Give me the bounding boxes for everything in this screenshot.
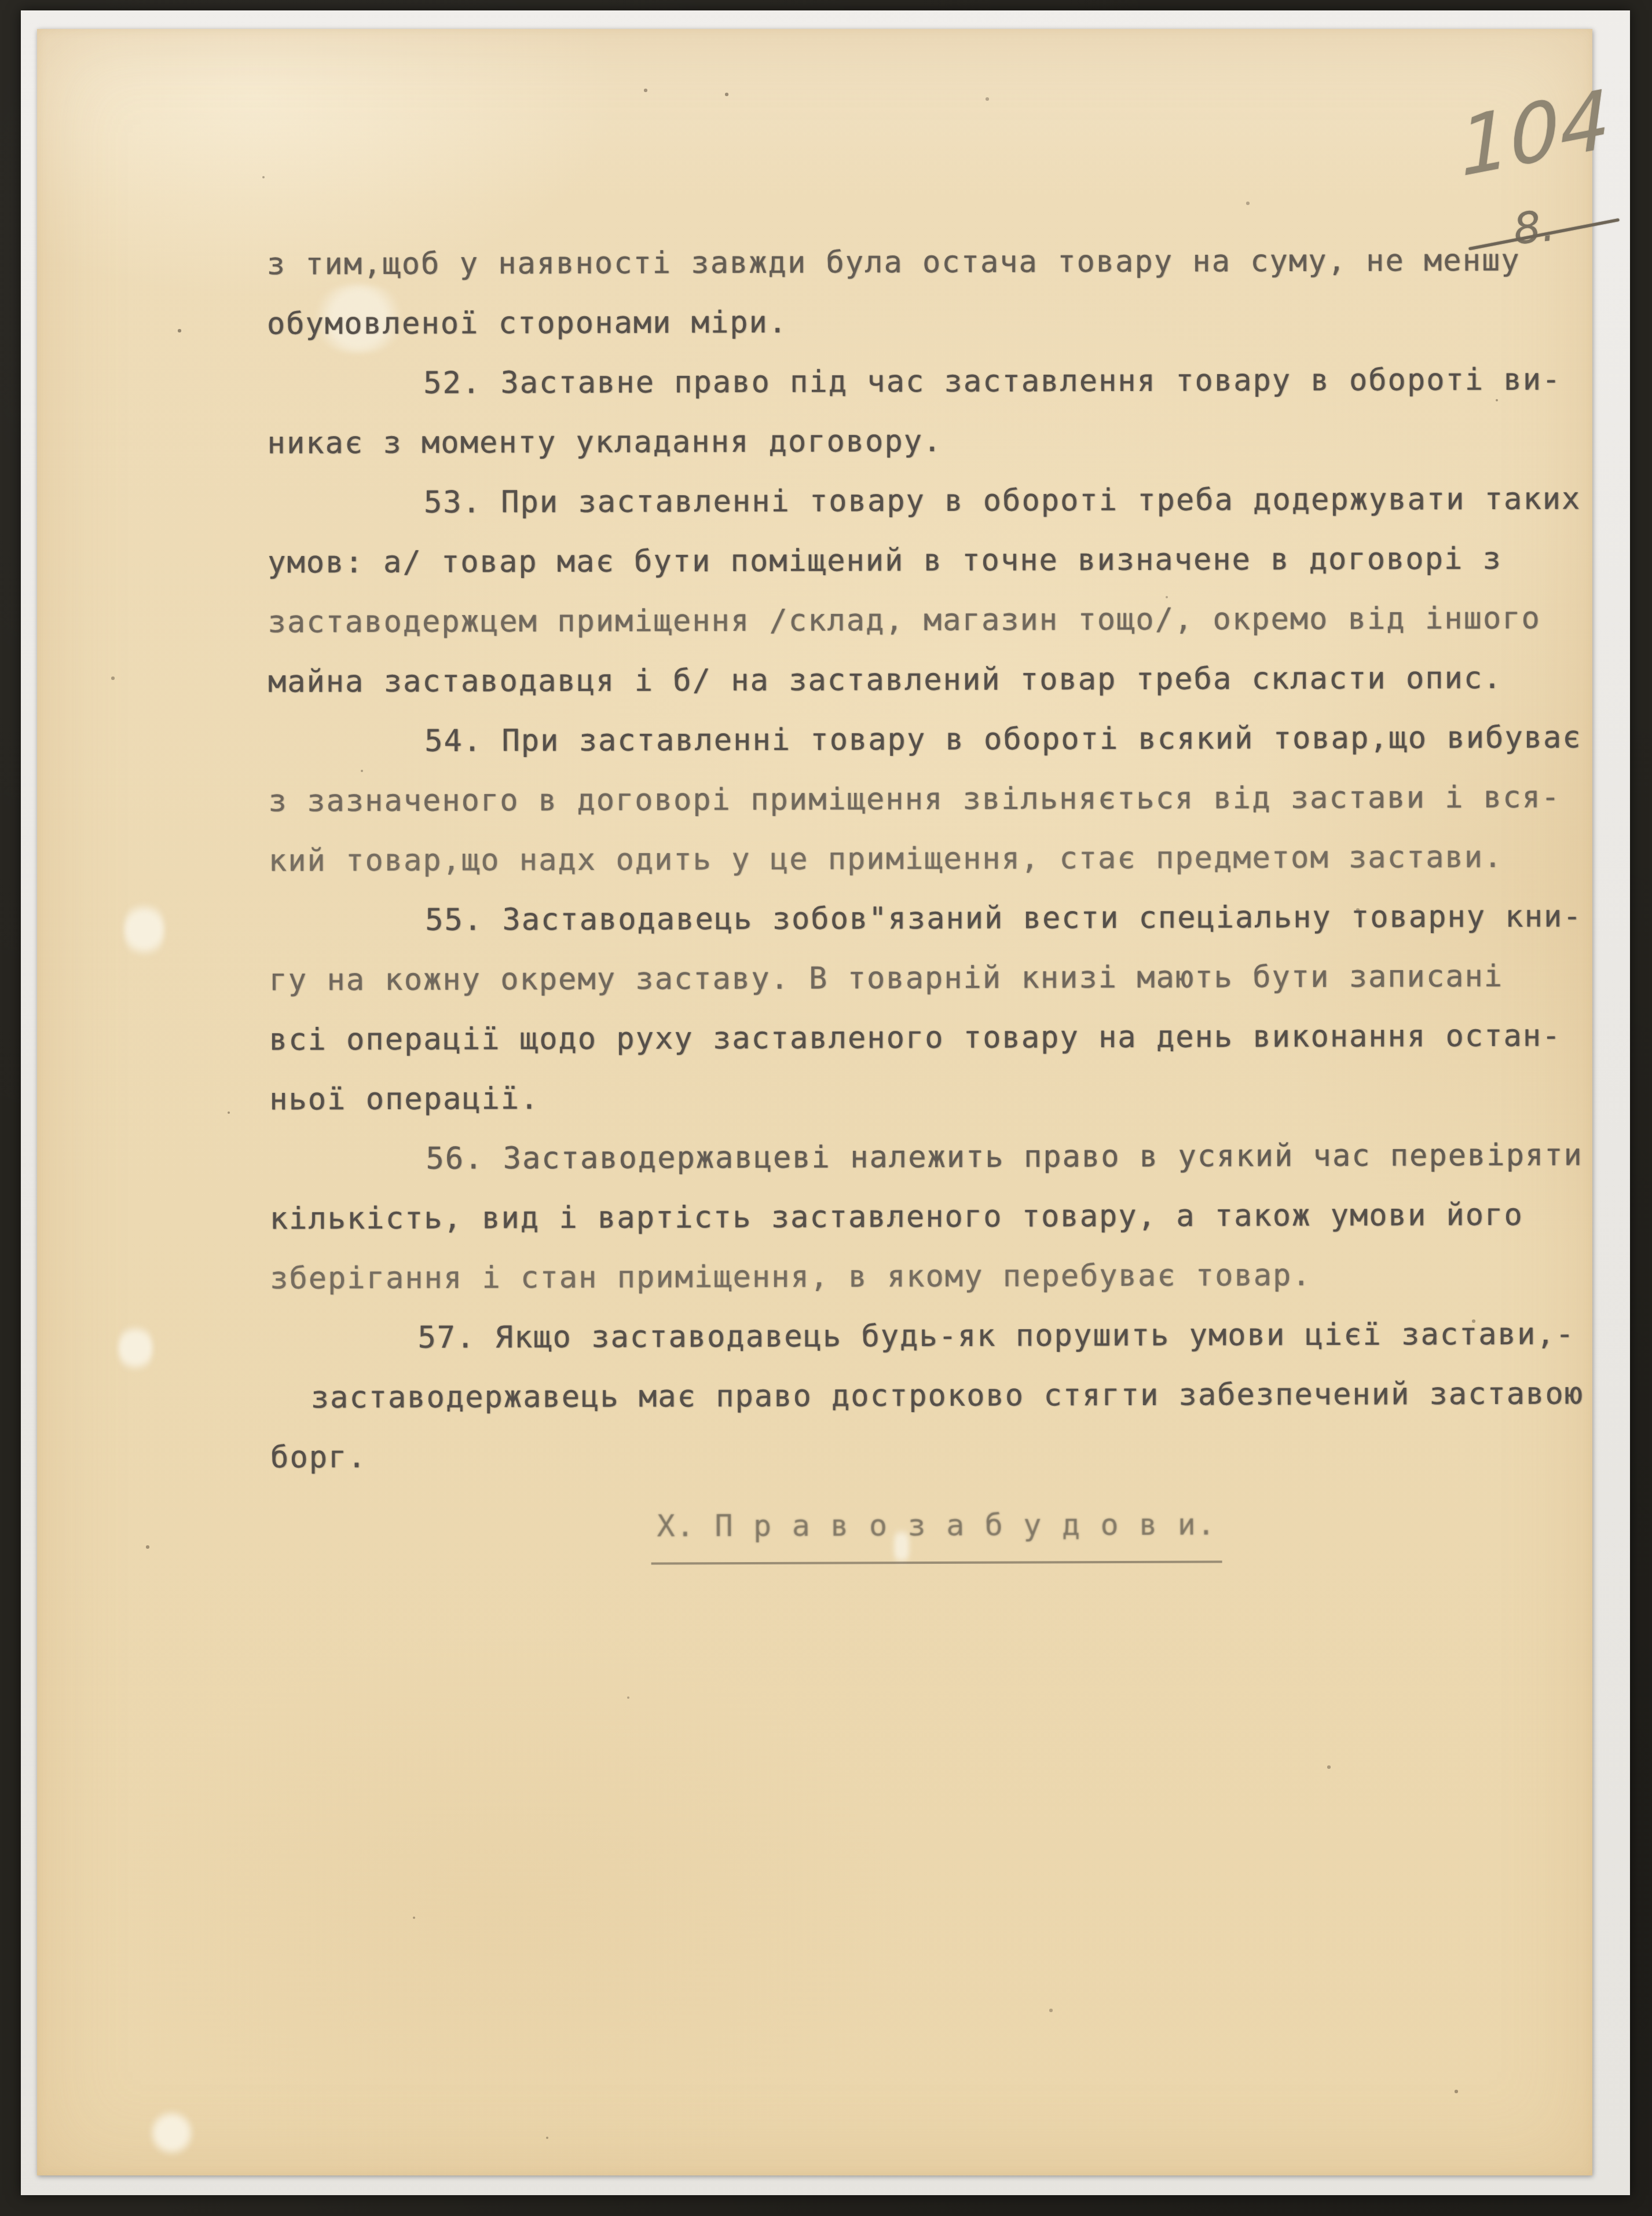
paper-blemish	[124, 898, 164, 961]
page-number-handwritten: 104	[1457, 72, 1612, 195]
text-line: обумовленої сторонами міри.	[267, 290, 1599, 354]
text-line: кий товар,що надх одить у це приміщення,…	[269, 827, 1600, 891]
text-line: умов: а/ товар має бути поміщений в точн…	[268, 529, 1599, 593]
text-line: 52. Заставне право під час заставлення т…	[267, 350, 1599, 414]
paper-speckles	[37, 29, 38, 30]
text-line: 57. Якщо заставодавець будь-як порушить …	[270, 1304, 1602, 1368]
text-line: 55. Заставодавець зобов"язаний вести спе…	[269, 887, 1600, 950]
typed-text: з тим,щоб у наявності завжди була остача…	[266, 231, 1602, 1557]
paper-blemish	[118, 1321, 153, 1376]
text-line: гу на кожну окрему заставу. В товарній к…	[269, 946, 1600, 1010]
text-line: ньої операції.	[269, 1066, 1601, 1129]
text-line: кількість, вид і вартість заставленого т…	[270, 1185, 1602, 1249]
text-line: 54. При заставленні товару в обороті вся…	[268, 708, 1600, 771]
text-line: никає з моменту укладання договору.	[267, 409, 1599, 473]
text-line: з тим,щоб у наявності завжди була остача…	[266, 231, 1598, 294]
text-line: зберігання і стан приміщення, в якому пе…	[270, 1245, 1602, 1308]
text-line: заставодержавець має право достроково ст…	[270, 1364, 1602, 1428]
text-line: 56. Заставодержавцеві належить право в у…	[269, 1125, 1601, 1189]
text-line: 53. При заставленні товару в обороті тре…	[268, 469, 1599, 533]
paper-blemish	[150, 2108, 193, 2158]
text-line: заставодержцем приміщення /склад, магази…	[268, 588, 1599, 652]
document-page: 104 8. з тим,щоб у наявності завжди була…	[37, 29, 1592, 2175]
text-line: майна заставодавця і б/ на заставлений т…	[268, 648, 1600, 712]
text-line: всі операції щодо руху заставленого това…	[269, 1006, 1601, 1070]
section-heading: Х. П р а в о з а б у д о в и.	[651, 1495, 1222, 1564]
text-line: з зазначеного в договорі приміщення звіл…	[268, 767, 1600, 831]
section-heading-row: Х. П р а в о з а б у д о в и.	[270, 1494, 1602, 1557]
text-line: борг.	[270, 1424, 1602, 1487]
